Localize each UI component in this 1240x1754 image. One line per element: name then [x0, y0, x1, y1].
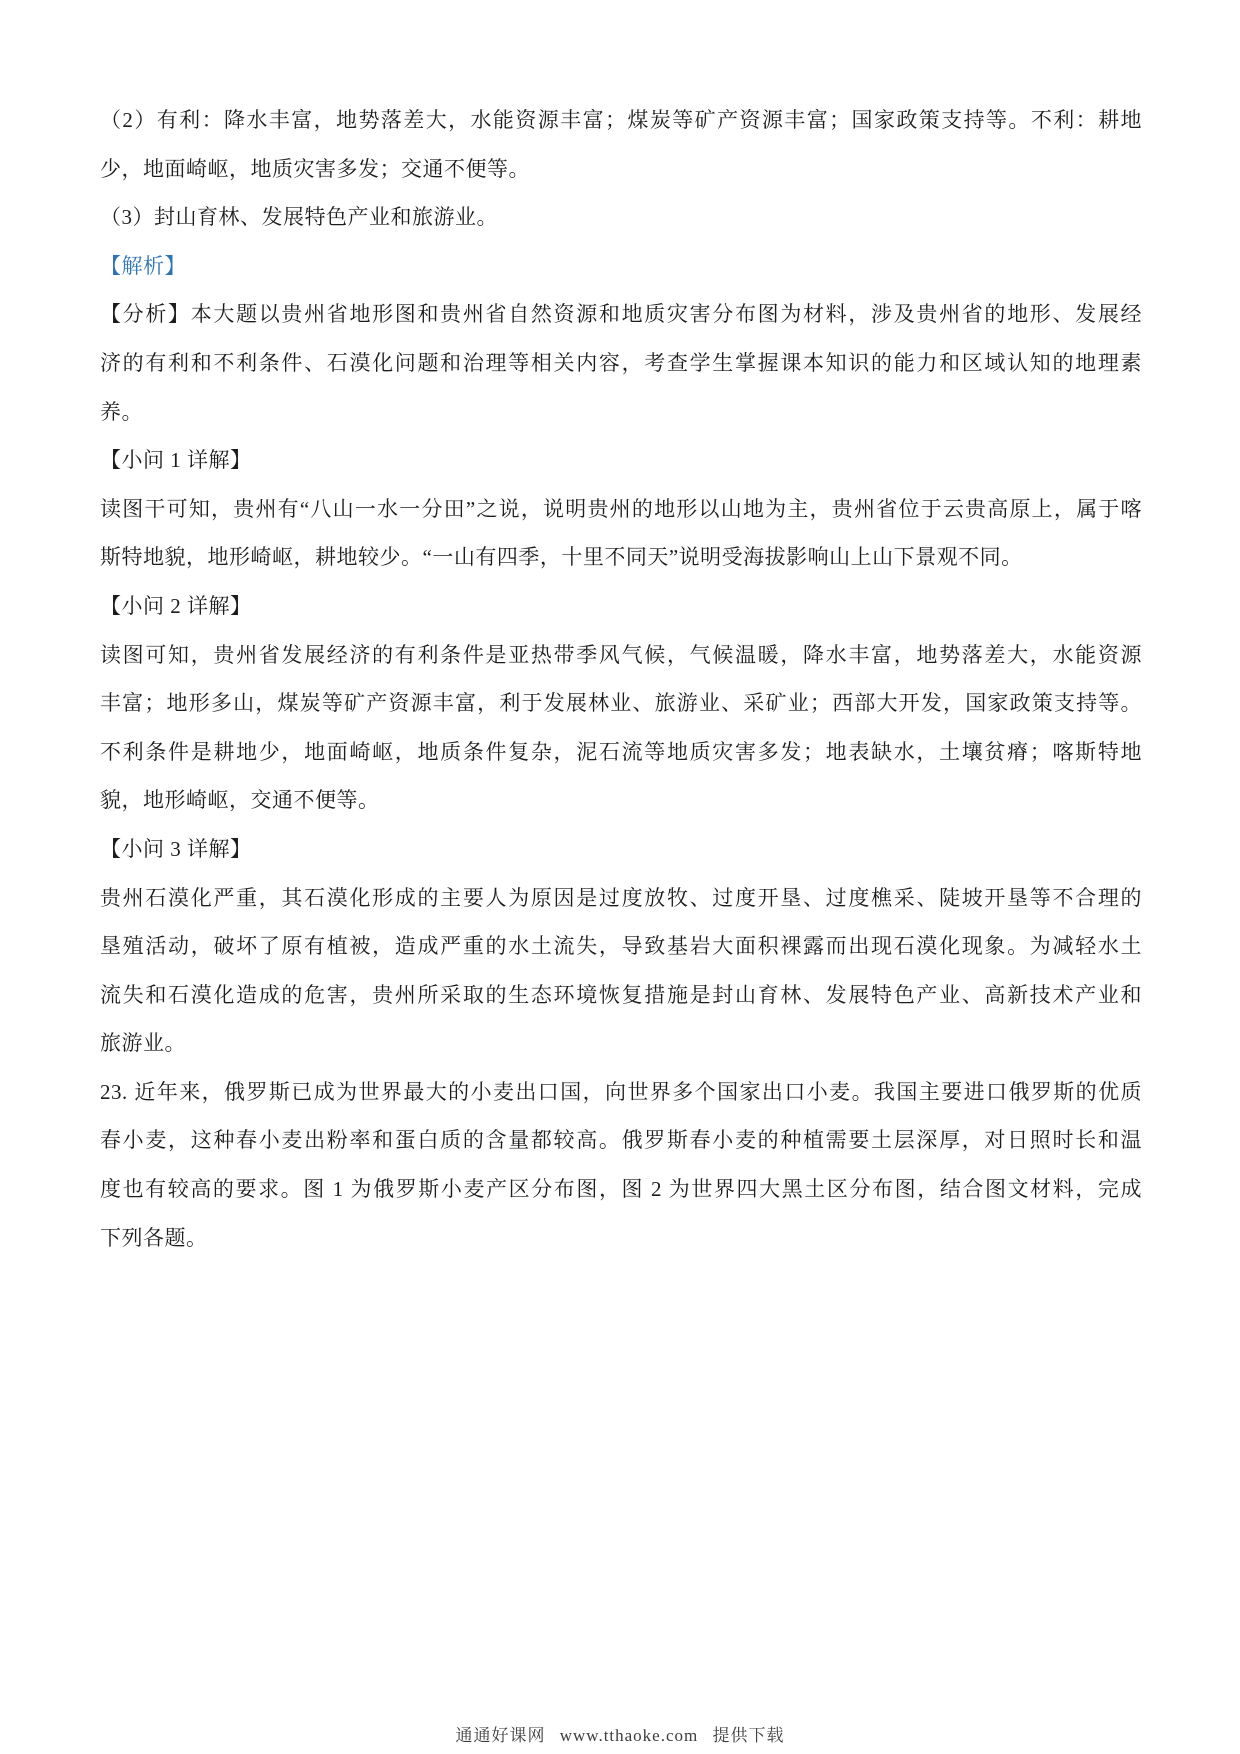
doc-line: 济的有利和不利条件、石漠化问题和治理等相关内容，考查学生掌握课本知识的能力和区域…	[100, 339, 1142, 388]
doc-line: 不利条件是耕地少，地面崎岖，地质条件复杂，泥石流等地质灾害多发；地表缺水，土壤贫…	[100, 728, 1142, 777]
doc-line: 养。	[100, 388, 1142, 437]
doc-line: 读图可知，贵州省发展经济的有利条件是亚热带季风气候，气候温暖，降水丰富，地势落差…	[100, 631, 1142, 680]
doc-line: 【小问 3 详解】	[100, 825, 1142, 874]
doc-line: 度也有较高的要求。图 1 为俄罗斯小麦产区分布图，图 2 为世界四大黑土区分布图…	[100, 1165, 1142, 1214]
doc-line: 下列各题。	[100, 1214, 1142, 1263]
doc-line: 垦殖活动，破坏了原有植被，造成严重的水土流失，导致基岩大面积裸露而出现石漠化现象…	[100, 922, 1142, 971]
doc-line: （2）有利：降水丰富，地势落差大，水能资源丰富；煤炭等矿产资源丰富；国家政策支持…	[100, 96, 1142, 145]
doc-line: 【小问 1 详解】	[100, 436, 1142, 485]
doc-line: 【分析】本大题以贵州省地形图和贵州省自然资源和地质灾害分布图为材料，涉及贵州省的…	[100, 290, 1142, 339]
doc-line: 少，地面崎岖，地质灾害多发；交通不便等。	[100, 145, 1142, 194]
doc-line: 23. 近年来，俄罗斯已成为世界最大的小麦出口国，向世界多个国家出口小麦。我国主…	[100, 1068, 1142, 1117]
doc-line: 春小麦，这种春小麦出粉率和蛋白质的含量都较高。俄罗斯春小麦的种植需要土层深厚，对…	[100, 1116, 1142, 1165]
doc-line: 贵州石漠化严重，其石漠化形成的主要人为原因是过度放牧、过度开垦、过度樵采、陡坡开…	[100, 874, 1142, 923]
document-body: （2）有利：降水丰富，地势落差大，水能资源丰富；煤炭等矿产资源丰富；国家政策支持…	[100, 96, 1142, 1262]
doc-line: 丰富；地形多山，煤炭等矿产资源丰富，利于发展林业、旅游业、采矿业；西部大开发，国…	[100, 679, 1142, 728]
doc-line: 貌，地形崎岖，交通不便等。	[100, 776, 1142, 825]
page-footer: 通通好课网 www.tthaoke.com 提供下载	[0, 1721, 1240, 1746]
doc-line: 流失和石漠化造成的危害，贵州所采取的生态环境恢复措施是封山育林、发展特色产业、高…	[100, 971, 1142, 1020]
section-heading-line: 【解析】	[100, 242, 1142, 291]
doc-line: 读图干可知，贵州有“八山一水一分田”之说，说明贵州的地形以山地为主，贵州省位于云…	[100, 485, 1142, 534]
doc-line: 旅游业。	[100, 1019, 1142, 1068]
doc-line: （3）封山育林、发展特色产业和旅游业。	[100, 193, 1142, 242]
doc-line: 斯特地貌，地形崎岖，耕地较少。“一山有四季，十里不同天”说明受海拔影响山上山下景…	[100, 533, 1142, 582]
doc-line: 【小问 2 详解】	[100, 582, 1142, 631]
footer-text: 通通好课网 www.tthaoke.com 提供下载	[455, 1726, 784, 1745]
document-page: （2）有利：降水丰富，地势落差大，水能资源丰富；煤炭等矿产资源丰富；国家政策支持…	[0, 0, 1240, 1754]
